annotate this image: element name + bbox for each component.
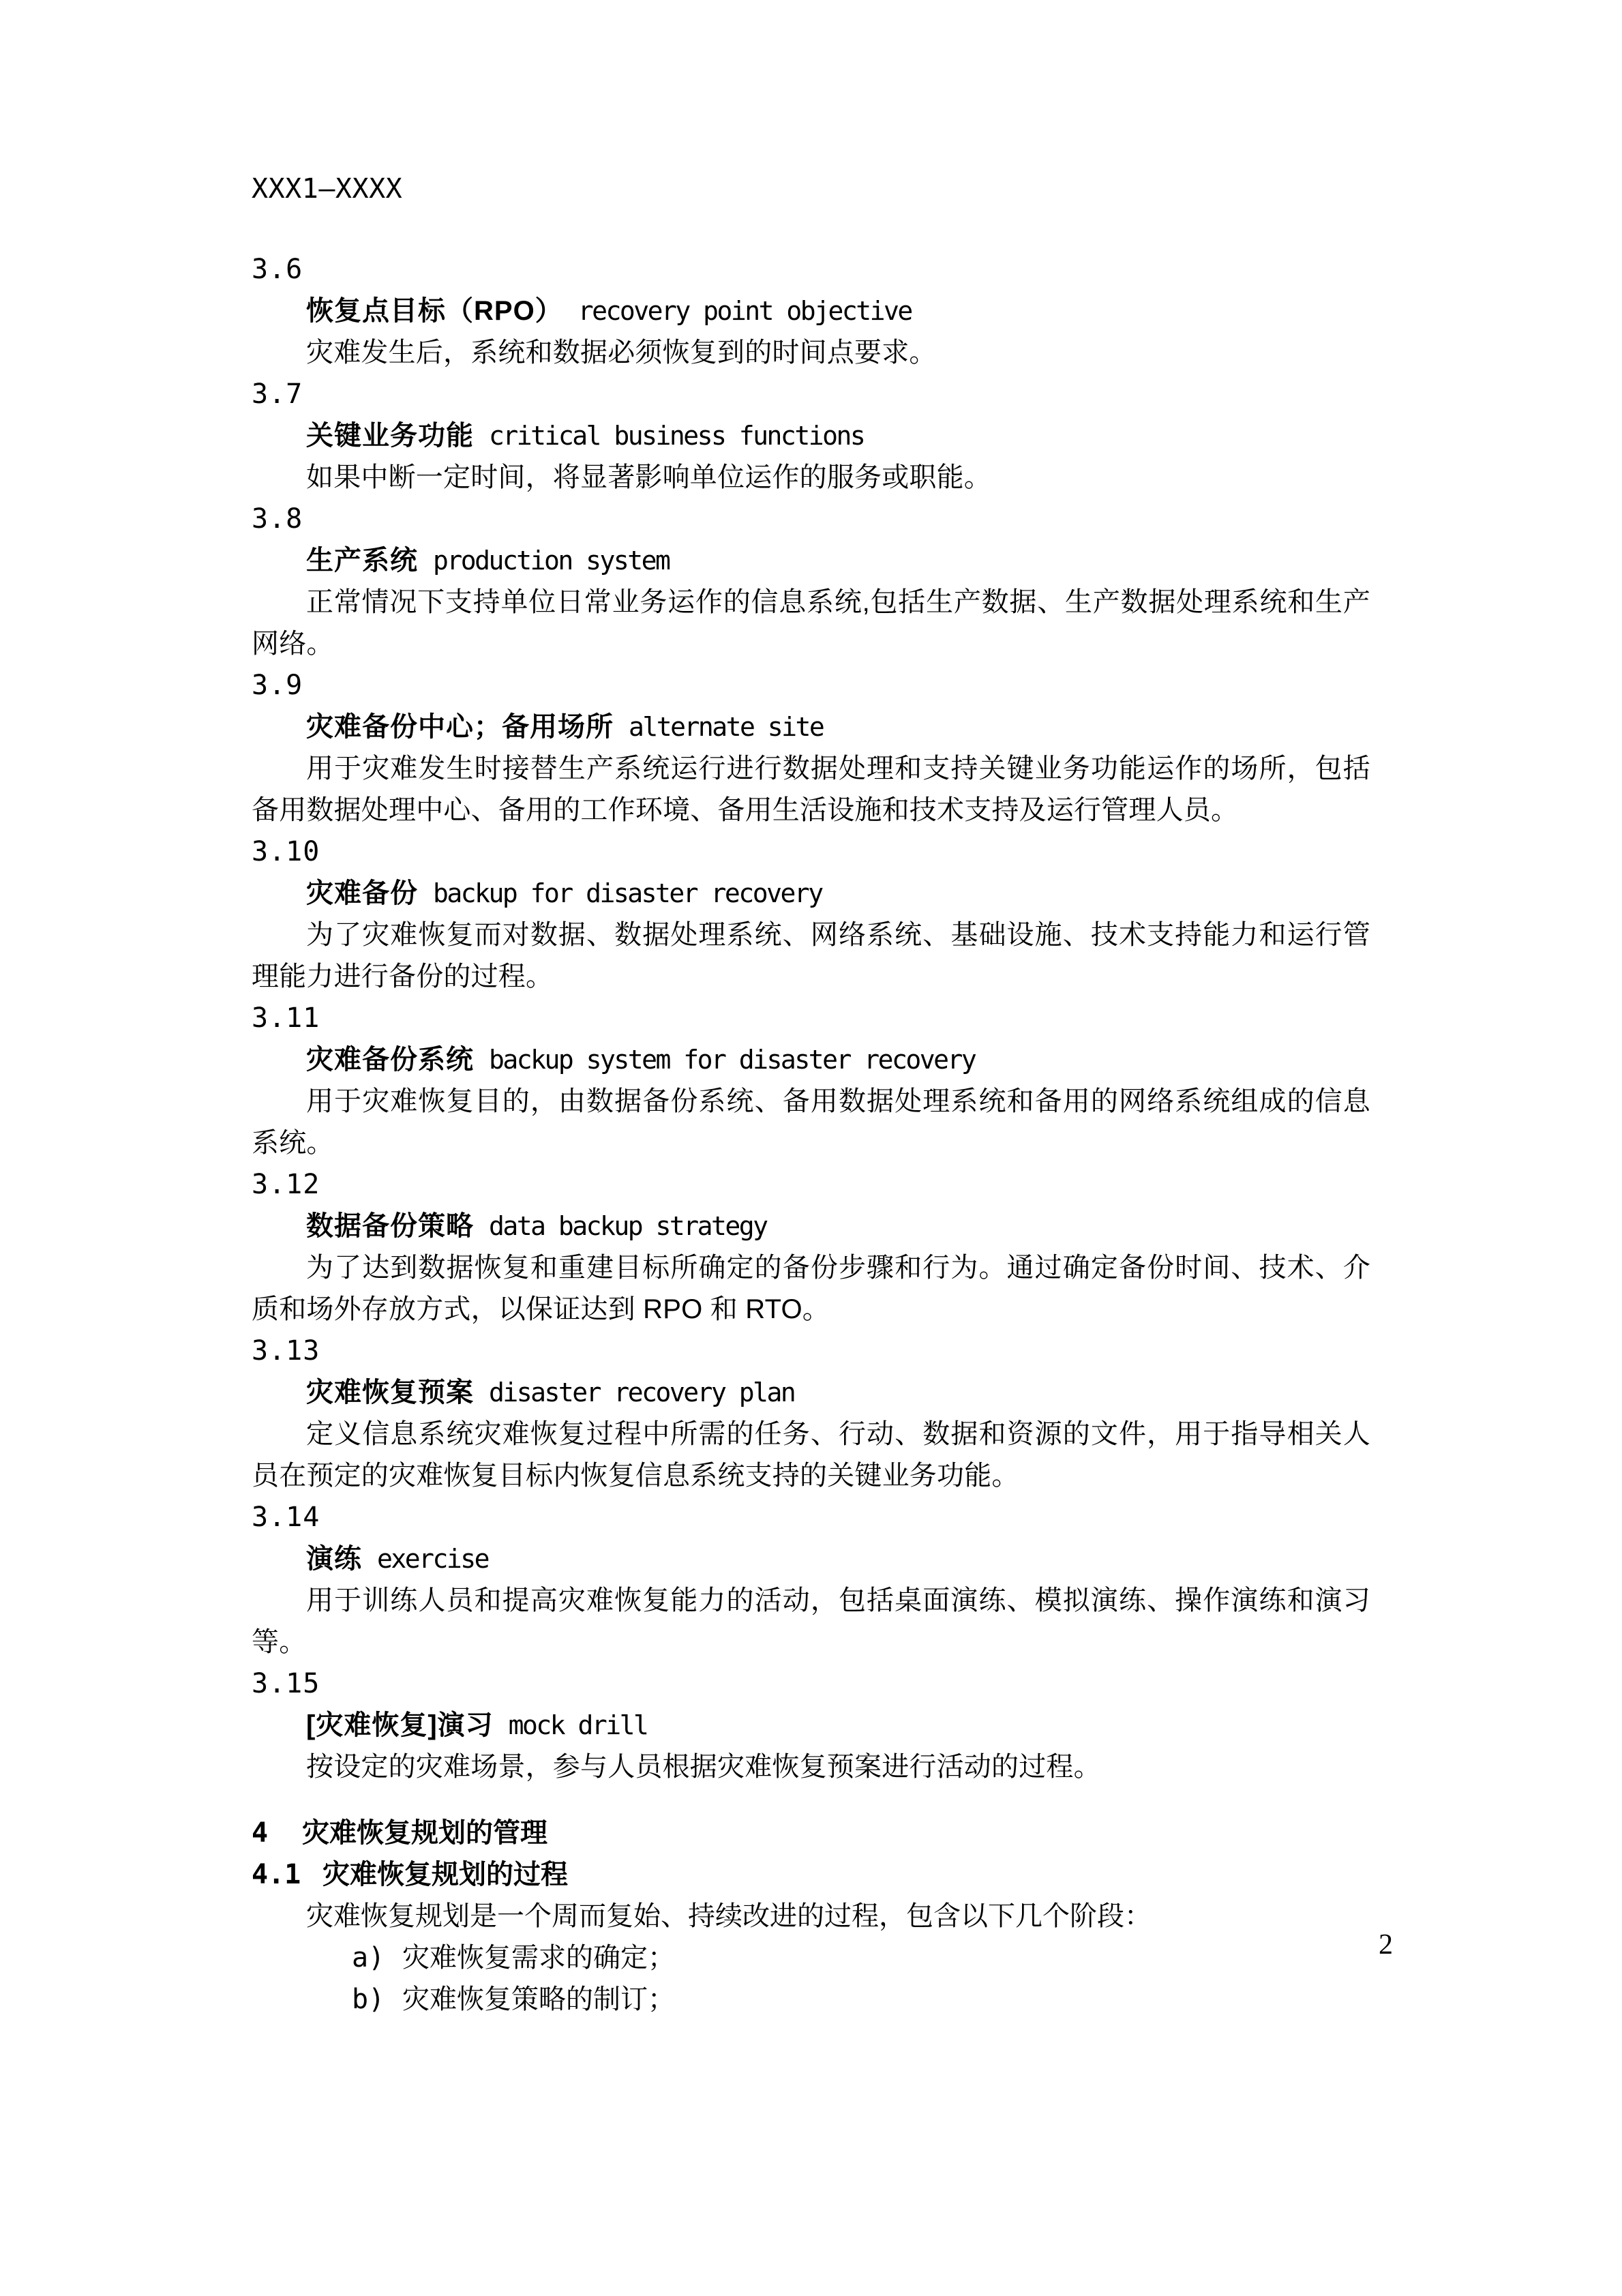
term-definition: 用于训练人员和提高灾难恢复能力的活动，包括桌面演练、模拟演练、操作演练和演习等。 xyxy=(252,1580,1370,1663)
term-name-zh: 灾难恢复预案 xyxy=(306,1377,474,1407)
term-definition: 按设定的灾难场景，参与人员根据灾难恢复预案进行活动的过程。 xyxy=(252,1746,1370,1788)
term-definition: 为了达到数据恢复和重建目标所确定的备份步骤和行为。通过确定备份时间、技术、介质和… xyxy=(252,1247,1370,1330)
term-heading: 数据备份策略data backup strategy xyxy=(252,1206,1370,1247)
section-title: 灾难恢复规划的过程 xyxy=(322,1860,568,1890)
term-heading: [灾难恢复]演习mock drill xyxy=(252,1705,1370,1746)
section-heading: 4.1灾难恢复规划的过程 xyxy=(252,1854,1370,1896)
term-heading: 灾难备份系统backup system for disaster recover… xyxy=(252,1039,1370,1081)
term-name-zh: 演练 xyxy=(306,1544,362,1574)
term-definition: 灾难发生后，系统和数据必须恢复到的时间点要求。 xyxy=(252,332,1370,374)
term-heading: 生产系统production system xyxy=(252,540,1370,582)
clause-number: 3.11 xyxy=(252,998,1370,1039)
term-heading: 灾难恢复预案disaster recovery plan xyxy=(252,1372,1370,1414)
clause-number: 3.13 xyxy=(252,1330,1370,1372)
terms-and-definitions-list: 3.6 恢复点目标（RPO）recovery point objective 灾… xyxy=(252,249,1370,1788)
term-name-zh: 关键业务功能 xyxy=(306,421,474,451)
list-item-label: b) xyxy=(352,1979,402,2021)
term-definition: 定义信息系统灾难恢复过程中所需的任务、行动、数据和资源的文件，用于指导相关人员在… xyxy=(252,1414,1370,1497)
chapter-4-section: 4灾难恢复规划的管理 4.1灾难恢复规划的过程 灾难恢复规划是一个周而复始、持续… xyxy=(252,1813,1370,2021)
section-intro-paragraph: 灾难恢复规划是一个周而复始、持续改进的过程，包含以下几个阶段： xyxy=(252,1896,1370,1937)
term-name-en: backup system for disaster recovery xyxy=(489,1045,975,1075)
clause-number: 3.12 xyxy=(252,1164,1370,1206)
term-name-zh: 恢复点目标（RPO） xyxy=(306,296,563,326)
term-heading: 恢复点目标（RPO）recovery point objective xyxy=(252,290,1370,332)
term-heading: 灾难备份中心；备用场所alternate site xyxy=(252,706,1370,748)
term-name-zh: 灾难备份 xyxy=(306,878,418,908)
term-heading: 关键业务功能critical business functions xyxy=(252,415,1370,457)
term-definition: 为了灾难恢复而对数据、数据处理系统、网络系统、基础设施、技术支持能力和运行管理能… xyxy=(252,914,1370,998)
clause-number: 3.8 xyxy=(252,498,1370,540)
clause-number: 3.15 xyxy=(252,1663,1370,1705)
term-entry: 3.8 生产系统production system 正常情况下支持单位日常业务运… xyxy=(252,498,1370,665)
term-heading: 灾难备份backup for disaster recovery xyxy=(252,873,1370,914)
list-item-label: a) xyxy=(352,1937,402,1979)
term-name-en: exercise xyxy=(377,1544,488,1574)
clause-number: 3.7 xyxy=(252,374,1370,415)
term-entry: 3.12 数据备份策略data backup strategy 为了达到数据恢复… xyxy=(252,1164,1370,1330)
clause-number: 3.6 xyxy=(252,249,1370,290)
term-name-zh: 灾难备份中心；备用场所 xyxy=(306,712,614,742)
term-definition: 用于灾难发生时接替生产系统运行进行数据处理和支持关键业务功能运作的场所，包括备用… xyxy=(252,748,1370,831)
term-entry: 3.9 灾难备份中心；备用场所alternate site 用于灾难发生时接替生… xyxy=(252,665,1370,831)
term-definition: 正常情况下支持单位日常业务运作的信息系统,包括生产数据、生产数据处理系统和生产网… xyxy=(252,582,1370,665)
term-name-en: critical business functions xyxy=(489,421,864,451)
term-name-en: production system xyxy=(433,546,669,576)
term-definition: 用于灾难恢复目的，由数据备份系统、备用数据处理系统和备用的网络系统组成的信息系统… xyxy=(252,1081,1370,1164)
term-name-zh: [灾难恢复]演习 xyxy=(306,1710,494,1740)
clause-number: 3.10 xyxy=(252,831,1370,873)
document-page: XXX1—XXXX 3.6 恢复点目标（RPO）recovery point o… xyxy=(0,0,1622,2296)
term-name-en: recovery point objective xyxy=(578,296,912,326)
clause-number: 3.9 xyxy=(252,665,1370,706)
chapter-heading: 4灾难恢复规划的管理 xyxy=(252,1813,1370,1854)
term-entry: 3.6 恢复点目标（RPO）recovery point objective 灾… xyxy=(252,249,1370,374)
chapter-number: 4 xyxy=(252,1813,302,1854)
section-number: 4.1 xyxy=(252,1854,322,1896)
page-number: 2 xyxy=(1379,1924,1393,1965)
list-item-text: 灾难恢复需求的确定； xyxy=(402,1943,675,1973)
term-name-zh: 生产系统 xyxy=(306,546,418,576)
term-heading: 演练exercise xyxy=(252,1538,1370,1580)
term-entry: 3.10 灾难备份backup for disaster recovery 为了… xyxy=(252,831,1370,998)
chapter-title: 灾难恢复规划的管理 xyxy=(302,1818,547,1848)
term-definition: 如果中断一定时间，将显著影响单位运作的服务或职能。 xyxy=(252,457,1370,498)
clause-number: 3.14 xyxy=(252,1497,1370,1538)
list-item: a)灾难恢复需求的确定； xyxy=(252,1937,1370,1979)
term-entry: 3.11 灾难备份系统backup system for disaster re… xyxy=(252,998,1370,1164)
term-name-en: mock drill xyxy=(509,1710,648,1740)
list-item-text: 灾难恢复策略的制订； xyxy=(402,1984,675,2014)
term-entry: 3.7 关键业务功能critical business functions 如果… xyxy=(252,374,1370,498)
term-name-en: alternate site xyxy=(629,712,823,742)
term-name-en: backup for disaster recovery xyxy=(433,878,822,908)
standard-number-header: XXX1—XXXX xyxy=(252,168,1370,211)
term-entry: 3.14 演练exercise 用于训练人员和提高灾难恢复能力的活动，包括桌面演… xyxy=(252,1497,1370,1663)
term-entry: 3.15 [灾难恢复]演习mock drill 按设定的灾难场景，参与人员根据灾… xyxy=(252,1663,1370,1788)
term-name-en: disaster recovery plan xyxy=(489,1377,794,1407)
term-entry: 3.13 灾难恢复预案disaster recovery plan 定义信息系统… xyxy=(252,1330,1370,1497)
term-name-en: data backup strategy xyxy=(489,1211,767,1241)
list-item: b)灾难恢复策略的制订； xyxy=(252,1979,1370,2021)
term-name-zh: 数据备份策略 xyxy=(306,1211,474,1241)
term-name-zh: 灾难备份系统 xyxy=(306,1045,474,1075)
